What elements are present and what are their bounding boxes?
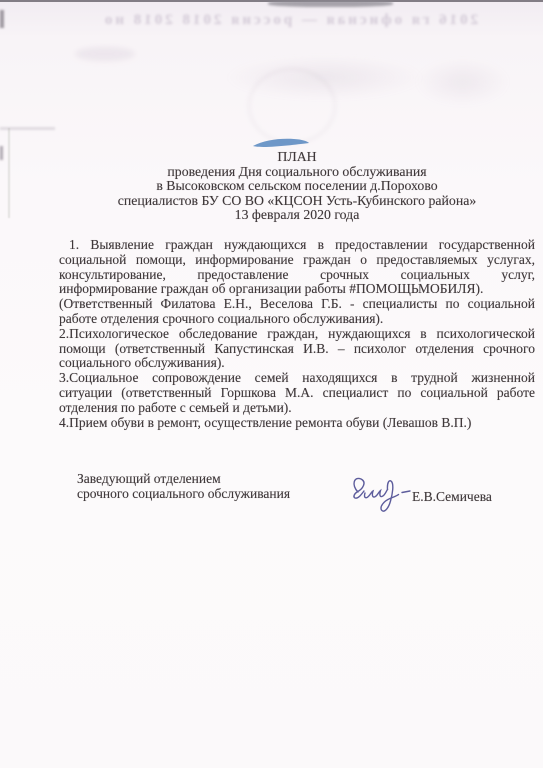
bleedthrough-stamp-ghost bbox=[248, 68, 336, 144]
signatory-title-line: срочного социального обслуживания bbox=[77, 486, 290, 501]
document-line: консультирование, предоставление срочных… bbox=[59, 268, 535, 283]
document-line: ситуации (ответственный Горшкова М.А. сп… bbox=[59, 386, 535, 401]
title-line: в Высоковском сельском поселении д.Порох… bbox=[59, 179, 535, 194]
signatory-title: Заведующий отделениемсрочного социальног… bbox=[77, 471, 290, 501]
document-line: (Ответственный Филатова Е.Н., Веселова Г… bbox=[59, 297, 535, 312]
title-line: ПЛАН bbox=[59, 150, 535, 165]
scanned-document-page: 2016 гя офисная — россия 2018 2018 но ПЛ… bbox=[0, 0, 543, 768]
bleedthrough-smudge bbox=[75, 47, 135, 61]
scan-left-edge-mark bbox=[0, 146, 3, 160]
document-line: 2.Психологическое обследование граждан, … bbox=[59, 327, 535, 342]
document-line: 1. Выявление граждан нуждающихся в предо… bbox=[59, 238, 535, 253]
scan-left-band-artifact bbox=[0, 127, 55, 130]
document-line: информирование граждан об организации ра… bbox=[59, 282, 535, 297]
document-line: социальной помощи, информирование гражда… bbox=[59, 253, 535, 268]
document-line: 3.Социальное сопровождение семей находящ… bbox=[59, 371, 535, 386]
title-line: 13 февраля 2020 года bbox=[59, 208, 535, 223]
signatory-name: Е.В.Семичева bbox=[412, 489, 492, 505]
bleedthrough-smudge bbox=[415, 58, 510, 106]
document-title: ПЛАНпроведения Дня социального обслужива… bbox=[59, 150, 535, 223]
blue-pen-mark-icon bbox=[252, 136, 310, 150]
document-line: социального обслуживания). bbox=[59, 356, 535, 371]
scan-smudge-artifact bbox=[268, 0, 393, 7]
signatory-title-line: Заведующий отделением bbox=[77, 471, 290, 486]
scan-left-edge-mark bbox=[0, 10, 4, 28]
title-line: проведения Дня социального обслуживания bbox=[59, 165, 535, 180]
document-line: помощи (ответственный Капустинская И.В. … bbox=[59, 342, 535, 357]
document-line: работе отделения срочного социального об… bbox=[59, 312, 535, 327]
document-line: 4.Прием обуви в ремонт, осуществление ре… bbox=[59, 416, 535, 431]
document-line: отделения по работе с семьей и детьми). bbox=[59, 401, 535, 416]
handwritten-signature-icon bbox=[346, 470, 412, 518]
document-body: 1. Выявление граждан нуждающихся в предо… bbox=[59, 238, 535, 430]
title-line: специалистов БУ СО ВО «КЦСОН Усть-Кубинс… bbox=[59, 194, 535, 209]
scan-left-line-artifact bbox=[8, 128, 10, 218]
bleedthrough-text: 2016 гя офисная — россия 2018 2018 но bbox=[55, 12, 525, 34]
